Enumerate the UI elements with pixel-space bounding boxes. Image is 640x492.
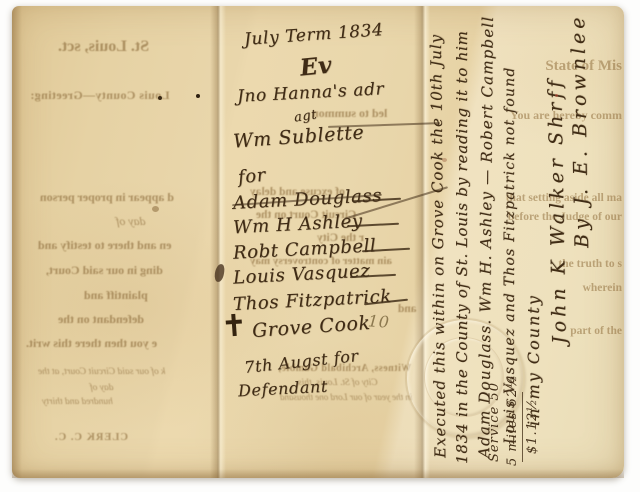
stain-speck xyxy=(152,206,159,212)
witness-name: Grove Cook xyxy=(251,312,371,342)
bleedthrough-line: Clerk C. C. xyxy=(54,432,128,443)
sheriff-return-line: Executed this within on Grove Cook the 1… xyxy=(424,6,453,466)
sheriff-return-line: 1834 in the County of St. Louis by readi… xyxy=(450,6,474,466)
scanner-background: St. Louis, sct. Louis County—Greeting: d… xyxy=(0,0,640,492)
plaintiff-name: Jno Hanna's adr xyxy=(237,79,385,107)
folded-document-paper: St. Louis, sct. Louis County—Greeting: d… xyxy=(12,6,624,478)
paper-edge-shadow-bottom xyxy=(12,469,624,478)
defendant-name: Wm Sublette xyxy=(232,121,365,152)
bleedthrough-line: day of xyxy=(116,214,146,229)
bleedthrough-line: d appear in proper person xyxy=(40,190,174,205)
ink-blot xyxy=(214,263,225,282)
paper-edge-shadow xyxy=(12,6,22,478)
bleedthrough-line: defendant on the xyxy=(58,312,144,327)
fly-speck xyxy=(158,96,162,100)
docket-term-line: July Term 1834 xyxy=(243,20,384,50)
fee-block: Service 50 5 miles 62½ $1.12½ xyxy=(486,374,542,462)
pencil-number: 10 xyxy=(367,311,390,331)
fee-total-line: $1.12½ xyxy=(522,392,542,462)
bleedthrough-line: day of xyxy=(90,383,113,393)
bleedthrough-line: hundred and thirty xyxy=(42,397,113,407)
fly-speck xyxy=(196,94,200,98)
sheriff-return-block: Executed this within on Grove Cook the 1… xyxy=(426,6,622,466)
bleedthrough-line: en and there to testify and xyxy=(38,238,171,253)
bleedthrough-line: Louis County—Greeting: xyxy=(30,88,170,103)
for-label: for xyxy=(237,165,267,189)
bleedthrough-line: and xyxy=(398,303,417,315)
bleedthrough-line: k of our said Circuit Court, at the xyxy=(38,367,165,377)
bleedthrough-line: ding in our said Court, xyxy=(46,263,163,278)
bleedthrough-line: led to summon xyxy=(312,106,387,121)
fee-line: Service 50 xyxy=(486,374,504,462)
fee-line: 5 miles 62½ xyxy=(504,374,522,462)
clerk-mark: Ev xyxy=(299,51,334,81)
fold-crease-left xyxy=(210,6,226,478)
red-speck xyxy=(555,94,558,97)
bleedthrough-line: e you then there this writ. xyxy=(26,336,157,351)
cross-mark xyxy=(225,313,242,336)
bleedthrough-line: plaintiff and xyxy=(84,288,148,303)
stain-speck xyxy=(442,158,447,162)
bleedthrough-line: St. Louis, sct. xyxy=(58,38,149,56)
versus-abbreviation: agt xyxy=(293,107,318,125)
